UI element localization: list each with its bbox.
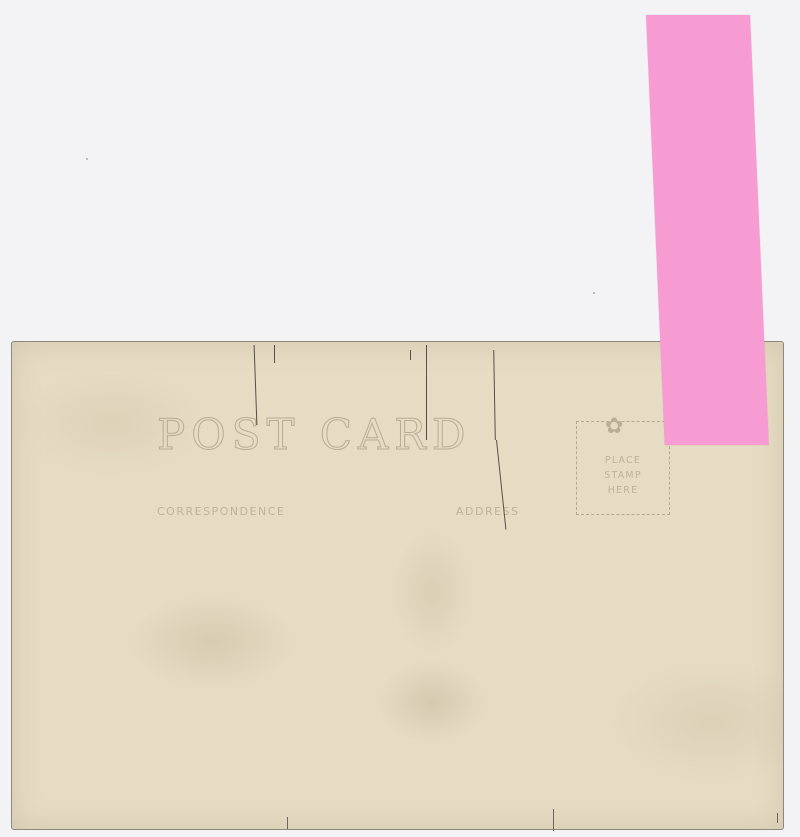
pink-sticky-note: [646, 15, 769, 445]
pencil-mark: [410, 350, 411, 360]
crest-icon: ✿: [605, 414, 623, 439]
address-label: ADDRESS: [456, 505, 520, 518]
pencil-mark: [426, 345, 427, 440]
stamp-box: ✿ PLACE STAMP HERE: [576, 421, 670, 515]
stamp-text-here: HERE: [608, 483, 639, 498]
pencil-mark: [493, 350, 496, 440]
stamp-text-place: PLACE: [605, 453, 641, 468]
postcard-title: POST CARD: [157, 410, 472, 459]
stamp-text-stamp: STAMP: [604, 468, 642, 483]
correspondence-label: CORRESPONDENCE: [157, 505, 285, 518]
dust-speck: [593, 292, 595, 294]
edge-tick: [777, 813, 778, 823]
edge-tick: [553, 809, 554, 831]
pencil-mark: [274, 345, 275, 363]
edge-tick: [287, 817, 288, 829]
dust-speck: [86, 158, 88, 160]
